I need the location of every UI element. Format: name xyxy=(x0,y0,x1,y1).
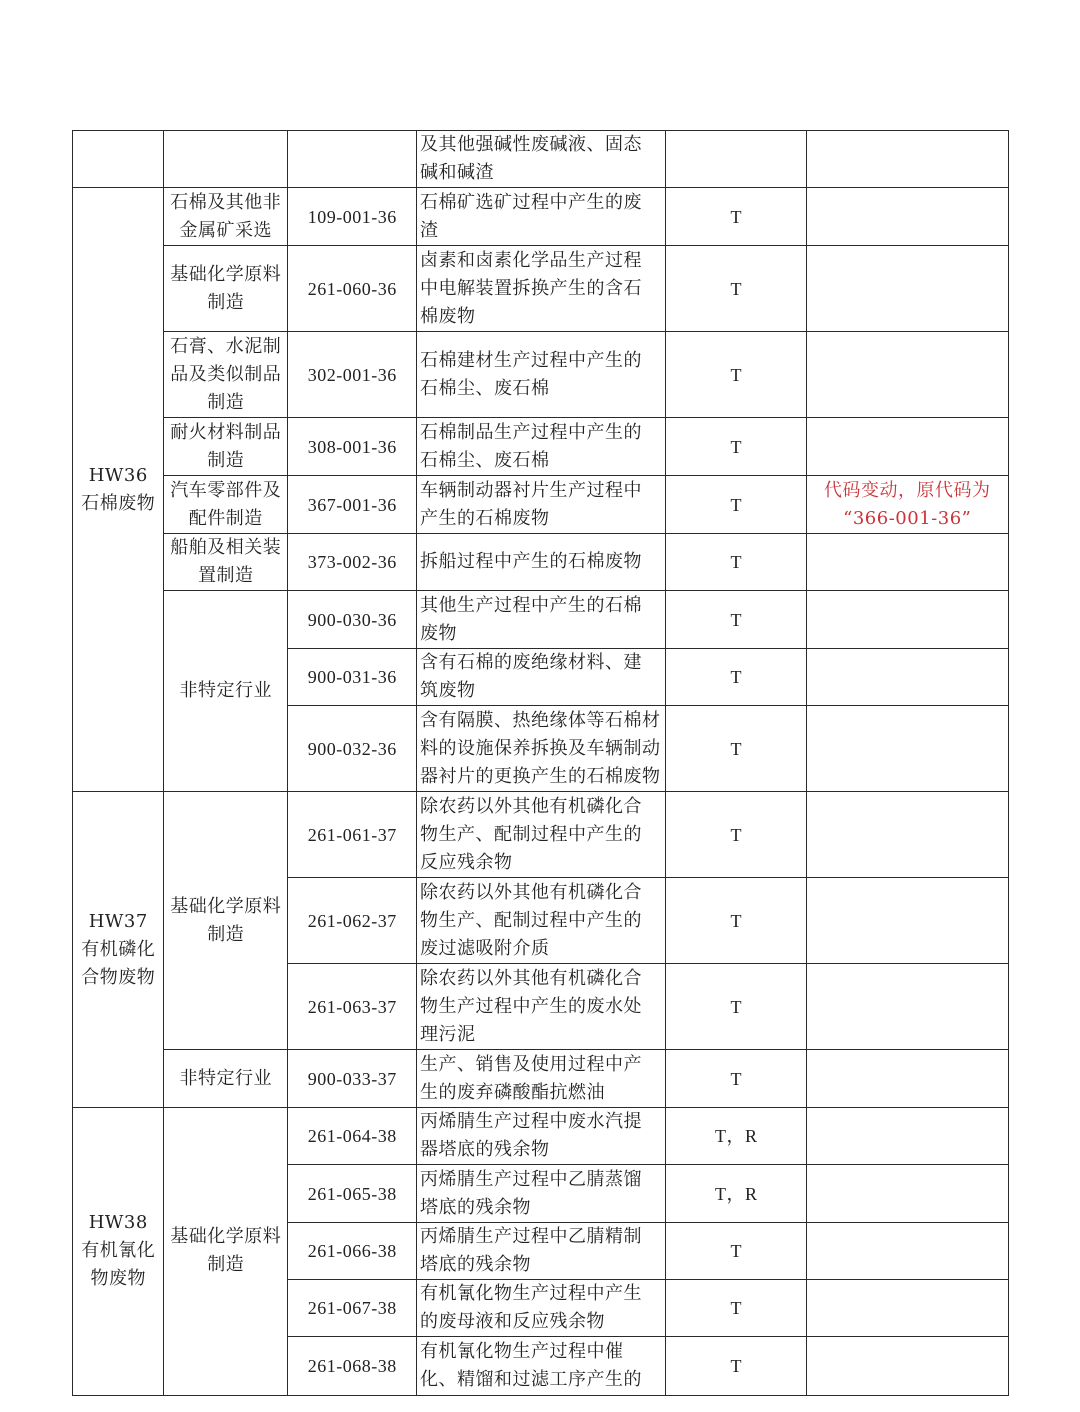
note-cell-empty xyxy=(806,1279,1009,1338)
hazard-cell: T，R xyxy=(665,1164,808,1224)
hazard-cell-text: T，R xyxy=(715,1122,758,1150)
code-cell-text: 109-001-36 xyxy=(308,203,397,231)
code-cell: 302-001-36 xyxy=(287,331,418,419)
code-cell-text: 261-062-37 xyxy=(308,907,397,935)
description-cell-text: 有机氰化物生产过程中催 化、精馏和过滤工序产生的 xyxy=(417,1338,642,1394)
code-cell-text: 900-030-36 xyxy=(308,606,397,634)
description-cell: 及其他强碱性废碱液、固态 碱和碱渣 xyxy=(416,130,667,189)
description-cell-text: 丙烯腈生产过程中乙腈精制 塔底的残余物 xyxy=(417,1223,642,1279)
description-cell: 生产、销售及使用过程中产 生的废弃磷酸酯抗燃油 xyxy=(416,1049,667,1109)
description-cell-text: 石棉建材生产过程中产生的 石棉尘、废石棉 xyxy=(417,347,642,403)
note-cell-empty xyxy=(806,331,1009,419)
description-cell-text: 其他生产过程中产生的石棉 废物 xyxy=(417,592,642,648)
note-cell-empty xyxy=(806,705,1009,793)
hazard-cell: T xyxy=(665,417,808,477)
industry-cell: 基础化学原料 制造 xyxy=(163,791,289,1051)
code-cell: 261-062-37 xyxy=(287,877,418,965)
hazard-cell: T xyxy=(665,791,808,879)
code-cell-text: 302-001-36 xyxy=(308,361,397,389)
note-cell-empty xyxy=(806,963,1009,1051)
code-cell: 900-031-36 xyxy=(287,648,418,707)
note-cell-empty xyxy=(806,1222,1009,1281)
hazard-cell: T xyxy=(665,331,808,419)
hazard-cell-text: T xyxy=(731,433,743,461)
hazard-cell-text: T xyxy=(731,203,743,231)
description-cell: 除农药以外其他有机磷化合 物生产、配制过程中产生的 废过滤吸附介质 xyxy=(416,877,667,965)
description-cell: 含有石棉的废绝缘材料、建 筑废物 xyxy=(416,648,667,707)
industry-cell-text: 汽车零部件及 配件制造 xyxy=(170,477,281,533)
note-cell: 代码变动，原代码为 “366-001-36” xyxy=(806,475,1009,535)
industry-cell-text: 基础化学原料 制造 xyxy=(170,261,281,317)
note-cell-empty xyxy=(806,417,1009,477)
note-cell-empty xyxy=(806,1049,1009,1109)
industry-cell: 石膏、水泥制 品及类似制品 制造 xyxy=(163,331,289,419)
hazard-cell: T xyxy=(665,245,808,333)
hazard-cell: T xyxy=(665,963,808,1051)
hazard-cell-text: T xyxy=(731,907,743,935)
industry-cell: 基础化学原料 制造 xyxy=(163,1107,289,1396)
code-cell-text: 261-066-38 xyxy=(308,1237,397,1265)
description-cell-text: 石棉矿选矿过程中产生的废 渣 xyxy=(417,189,642,245)
hazard-cell: T xyxy=(665,1222,808,1281)
hazard-cell-text: T xyxy=(731,1065,743,1093)
description-cell: 含有隔膜、热绝缘体等石棉材 料的设施保养拆换及车辆制动 器衬片的更换产生的石棉废… xyxy=(416,705,667,793)
note-cell-empty xyxy=(806,590,1009,650)
industry-cell-text: 耐火材料制品 制造 xyxy=(170,419,281,475)
description-cell-text: 除农药以外其他有机磷化合 物生产、配制过程中产生的 废过滤吸附介质 xyxy=(417,879,642,963)
note-cell-empty xyxy=(806,130,1009,189)
code-cell-text: 261-067-38 xyxy=(308,1294,397,1322)
industry-cell-text: 石棉及其他非 金属矿采选 xyxy=(170,189,281,245)
description-cell: 拆船过程中产生的石棉废物 xyxy=(416,533,667,592)
code-cell-text: 261-065-38 xyxy=(308,1180,397,1208)
description-cell-text: 车辆制动器衬片生产过程中 产生的石棉废物 xyxy=(417,477,642,533)
note-cell-empty xyxy=(806,245,1009,333)
code-cell-text: 261-061-37 xyxy=(308,821,397,849)
note-cell-empty xyxy=(806,187,1009,247)
description-cell: 卤素和卤素化学品生产过程 中电解装置拆换产生的含石 棉废物 xyxy=(416,245,667,333)
description-cell: 石棉制品生产过程中产生的 石棉尘、废石棉 xyxy=(416,417,667,477)
code-cell-text: 261-060-36 xyxy=(308,275,397,303)
hazard-cell-text: T xyxy=(731,548,743,576)
category-cell-text: HW37 有机磷化 合物废物 xyxy=(81,908,155,992)
code-cell: 261-063-37 xyxy=(287,963,418,1051)
code-cell: 261-068-38 xyxy=(287,1336,418,1396)
description-cell: 石棉矿选矿过程中产生的废 渣 xyxy=(416,187,667,247)
description-cell-text: 有机氰化物生产过程中产生 的废母液和反应残余物 xyxy=(417,1280,642,1336)
industry-cell-text: 石膏、水泥制 品及类似制品 制造 xyxy=(170,333,281,417)
hazard-cell: T xyxy=(665,475,808,535)
description-cell-text: 除农药以外其他有机磷化合 物生产过程中产生的废水处 理污泥 xyxy=(417,965,642,1049)
note-cell-empty xyxy=(806,877,1009,965)
hazard-cell-text: T xyxy=(731,275,743,303)
industry-cell: 汽车零部件及 配件制造 xyxy=(163,475,289,535)
industry-cell: 非特定行业 xyxy=(163,590,289,793)
hazard-cell: T xyxy=(665,590,808,650)
note-cell-text: 代码变动，原代码为 “366-001-36” xyxy=(824,477,991,533)
industry-cell: 基础化学原料 制造 xyxy=(163,245,289,333)
hazardous-waste-table: 及其他强碱性废碱液、固态 碱和碱渣HW36 石棉废物石棉及其他非 金属矿采选10… xyxy=(0,0,1080,1412)
industry-cell-text: 非特定行业 xyxy=(180,1065,273,1093)
industry-cell: 船舶及相关装 置制造 xyxy=(163,533,289,592)
industry-cell-text: 船舶及相关装 置制造 xyxy=(170,534,281,590)
code-cell: 900-033-37 xyxy=(287,1049,418,1109)
category-cell-text: HW38 有机氰化 物废物 xyxy=(81,1209,155,1293)
code-cell: 261-064-38 xyxy=(287,1107,418,1166)
hazard-cell: T xyxy=(665,877,808,965)
description-cell-text: 拆船过程中产生的石棉废物 xyxy=(417,548,642,576)
description-cell: 石棉建材生产过程中产生的 石棉尘、废石棉 xyxy=(416,331,667,419)
hazard-cell-text: T xyxy=(731,993,743,1021)
note-cell-empty xyxy=(806,1336,1009,1396)
industry-cell-empty xyxy=(163,130,289,189)
hazard-cell: T，R xyxy=(665,1107,808,1166)
code-cell: 900-030-36 xyxy=(287,590,418,650)
code-cell-text: 367-001-36 xyxy=(308,491,397,519)
hazard-cell: T xyxy=(665,1279,808,1338)
code-cell-empty xyxy=(287,130,418,189)
description-cell-text: 卤素和卤素化学品生产过程 中电解装置拆换产生的含石 棉废物 xyxy=(417,247,642,331)
code-cell: 261-065-38 xyxy=(287,1164,418,1224)
hazard-cell-text: T，R xyxy=(715,1180,758,1208)
category-cell-empty xyxy=(72,130,165,189)
description-cell: 除农药以外其他有机磷化合 物生产、配制过程中产生的 反应残余物 xyxy=(416,791,667,879)
description-cell-text: 及其他强碱性废碱液、固态 碱和碱渣 xyxy=(417,131,642,187)
note-cell-empty xyxy=(806,791,1009,879)
description-cell: 丙烯腈生产过程中乙腈精制 塔底的残余物 xyxy=(416,1222,667,1281)
hazard-cell: T xyxy=(665,533,808,592)
industry-cell: 石棉及其他非 金属矿采选 xyxy=(163,187,289,247)
code-cell-text: 900-032-36 xyxy=(308,735,397,763)
description-cell-text: 生产、销售及使用过程中产 生的废弃磷酸酯抗燃油 xyxy=(417,1051,642,1107)
description-cell-text: 丙烯腈生产过程中乙腈蒸馏 塔底的残余物 xyxy=(417,1166,642,1222)
industry-cell-text: 非特定行业 xyxy=(180,677,273,705)
code-cell-text: 900-031-36 xyxy=(308,663,397,691)
description-cell: 其他生产过程中产生的石棉 废物 xyxy=(416,590,667,650)
description-cell: 丙烯腈生产过程中乙腈蒸馏 塔底的残余物 xyxy=(416,1164,667,1224)
industry-cell-text: 基础化学原料 制造 xyxy=(170,893,281,949)
code-cell-text: 373-002-36 xyxy=(308,548,397,576)
category-cell: HW36 石棉废物 xyxy=(72,187,165,793)
note-cell-empty xyxy=(806,533,1009,592)
hazard-cell: T xyxy=(665,705,808,793)
code-cell: 109-001-36 xyxy=(287,187,418,247)
hazard-cell: T xyxy=(665,648,808,707)
description-cell-text: 含有隔膜、热绝缘体等石棉材 料的设施保养拆换及车辆制动 器衬片的更换产生的石棉废… xyxy=(417,707,661,791)
hazard-cell: T xyxy=(665,1049,808,1109)
hazard-cell-text: T xyxy=(731,735,743,763)
industry-cell-text: 基础化学原料 制造 xyxy=(170,1223,281,1279)
code-cell: 261-067-38 xyxy=(287,1279,418,1338)
code-cell: 900-032-36 xyxy=(287,705,418,793)
hazard-cell-text: T xyxy=(731,1352,743,1380)
code-cell: 261-060-36 xyxy=(287,245,418,333)
code-cell: 367-001-36 xyxy=(287,475,418,535)
hazard-cell-text: T xyxy=(731,1237,743,1265)
code-cell: 373-002-36 xyxy=(287,533,418,592)
note-cell-empty xyxy=(806,1107,1009,1166)
hazard-cell-text: T xyxy=(731,361,743,389)
code-cell: 261-066-38 xyxy=(287,1222,418,1281)
description-cell: 有机氰化物生产过程中催 化、精馏和过滤工序产生的 xyxy=(416,1336,667,1396)
note-cell-empty xyxy=(806,648,1009,707)
hazard-cell: T xyxy=(665,1336,808,1396)
code-cell-text: 900-033-37 xyxy=(308,1065,397,1093)
category-cell-text: HW36 石棉废物 xyxy=(81,462,155,518)
industry-cell: 耐火材料制品 制造 xyxy=(163,417,289,477)
hazard-cell: T xyxy=(665,187,808,247)
code-cell-text: 261-064-38 xyxy=(308,1122,397,1150)
code-cell-text: 261-068-38 xyxy=(308,1352,397,1380)
description-cell-text: 丙烯腈生产过程中废水汽提 器塔底的残余物 xyxy=(417,1108,642,1164)
hazard-cell-text: T xyxy=(731,821,743,849)
code-cell: 308-001-36 xyxy=(287,417,418,477)
category-cell: HW37 有机磷化 合物废物 xyxy=(72,791,165,1109)
description-cell: 车辆制动器衬片生产过程中 产生的石棉废物 xyxy=(416,475,667,535)
description-cell: 丙烯腈生产过程中废水汽提 器塔底的残余物 xyxy=(416,1107,667,1166)
hazard-cell-text: T xyxy=(731,606,743,634)
hazard-cell-text: T xyxy=(731,663,743,691)
description-cell: 有机氰化物生产过程中产生 的废母液和反应残余物 xyxy=(416,1279,667,1338)
description-cell-text: 除农药以外其他有机磷化合 物生产、配制过程中产生的 反应残余物 xyxy=(417,793,642,877)
description-cell-text: 含有石棉的废绝缘材料、建 筑废物 xyxy=(417,649,642,705)
code-cell: 261-061-37 xyxy=(287,791,418,879)
category-cell: HW38 有机氰化 物废物 xyxy=(72,1107,165,1396)
description-cell-text: 石棉制品生产过程中产生的 石棉尘、废石棉 xyxy=(417,419,642,475)
hazard-cell-text: T xyxy=(731,491,743,519)
hazard-cell-empty xyxy=(665,130,808,189)
code-cell-text: 308-001-36 xyxy=(308,433,397,461)
note-cell-empty xyxy=(806,1164,1009,1224)
hazard-cell-text: T xyxy=(731,1294,743,1322)
code-cell-text: 261-063-37 xyxy=(308,993,397,1021)
industry-cell: 非特定行业 xyxy=(163,1049,289,1109)
description-cell: 除农药以外其他有机磷化合 物生产过程中产生的废水处 理污泥 xyxy=(416,963,667,1051)
